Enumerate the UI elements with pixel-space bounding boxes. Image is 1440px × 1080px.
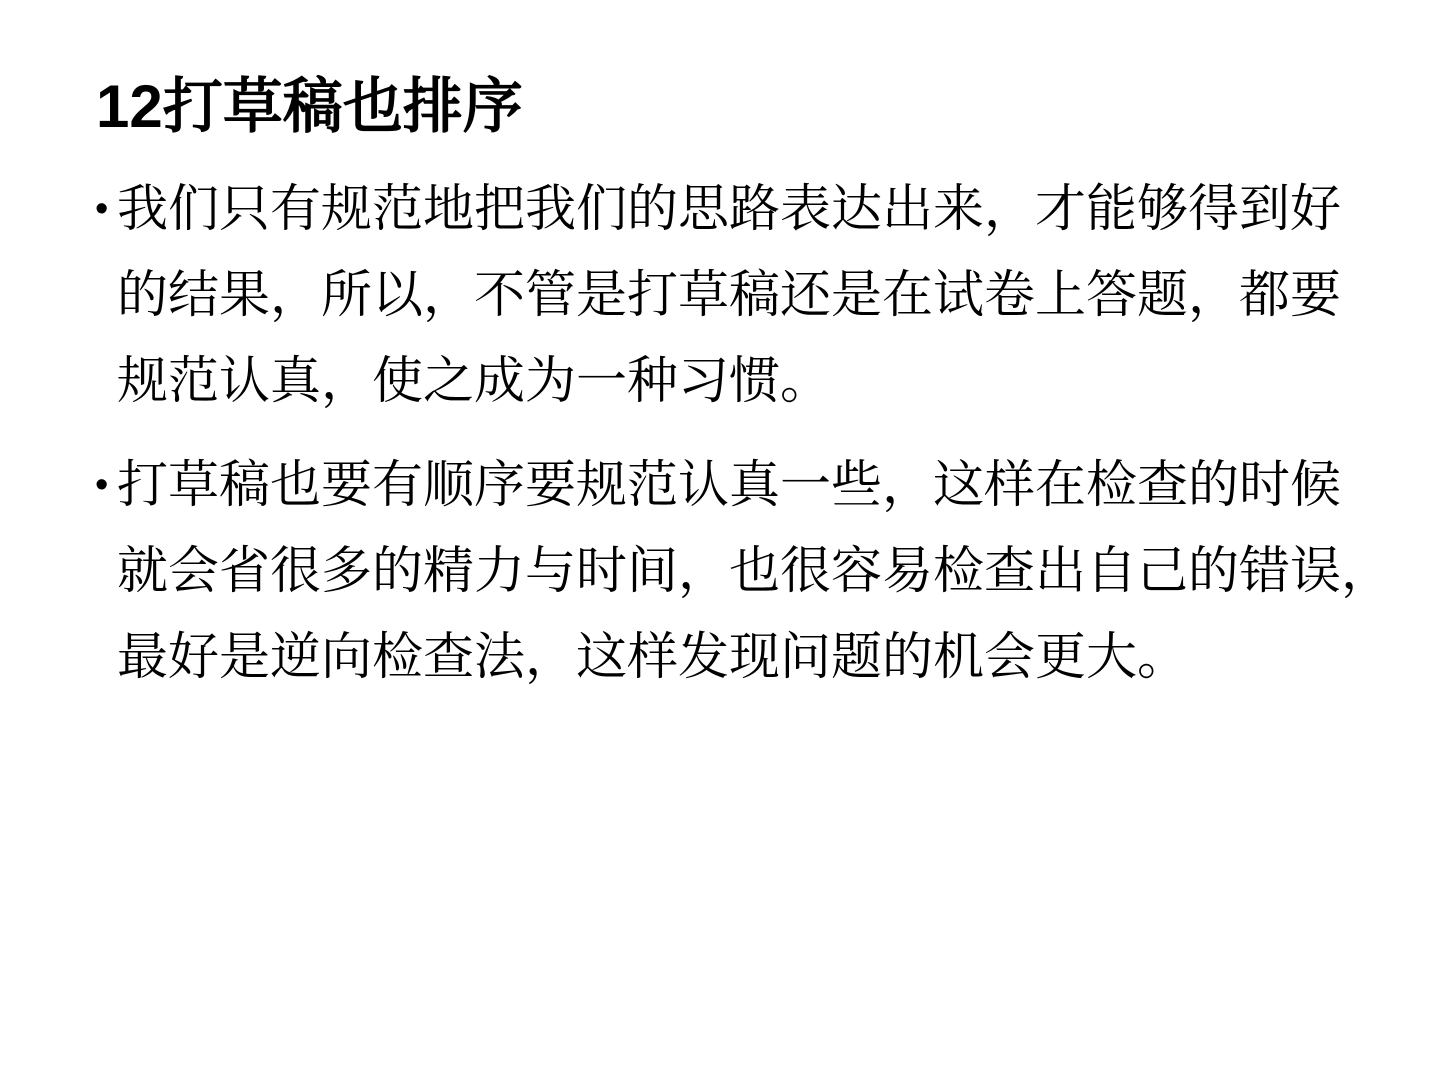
slide-body: • 我们只有规范地把我们的思路表达出来，才能够得到好 的结果，所以，不管是打草稿…: [95, 166, 1380, 718]
slide-title: 12打草稿也排序: [96, 70, 523, 144]
bullet-text: 我们只有规范地把我们的思路表达出来，才能够得到好 的结果，所以，不管是打草稿还是…: [117, 166, 1341, 424]
bullet-text: 打草稿也要有顺序要规范认真一些，这样在检查的时候 就会省很多的精力与时间，也很容…: [117, 442, 1392, 700]
bullet-marker: •: [95, 166, 117, 252]
bullet-marker: •: [95, 442, 117, 528]
bullet-text-line: 我们只有规范地把我们的思路表达出来，才能够得到好: [117, 166, 1341, 252]
bullet-item: • 我们只有规范地把我们的思路表达出来，才能够得到好 的结果，所以，不管是打草稿…: [95, 166, 1380, 424]
bullet-text-line: 规范认真，使之成为一种习惯。: [117, 338, 1341, 424]
bullet-text-line: 的结果，所以，不管是打草稿还是在试卷上答题，都要: [117, 252, 1341, 338]
bullet-item: • 打草稿也要有顺序要规范认真一些，这样在检查的时候 就会省很多的精力与时间，也…: [95, 442, 1380, 700]
bullet-text-line: 最好是逆向检查法，这样发现问题的机会更大。: [117, 614, 1392, 700]
slide: 12打草稿也排序 • 我们只有规范地把我们的思路表达出来，才能够得到好 的结果，…: [0, 0, 1440, 1080]
bullet-text-line: 就会省很多的精力与时间，也很容易检查出自己的错误，: [117, 528, 1392, 614]
bullet-text-line: 打草稿也要有顺序要规范认真一些，这样在检查的时候: [117, 442, 1392, 528]
